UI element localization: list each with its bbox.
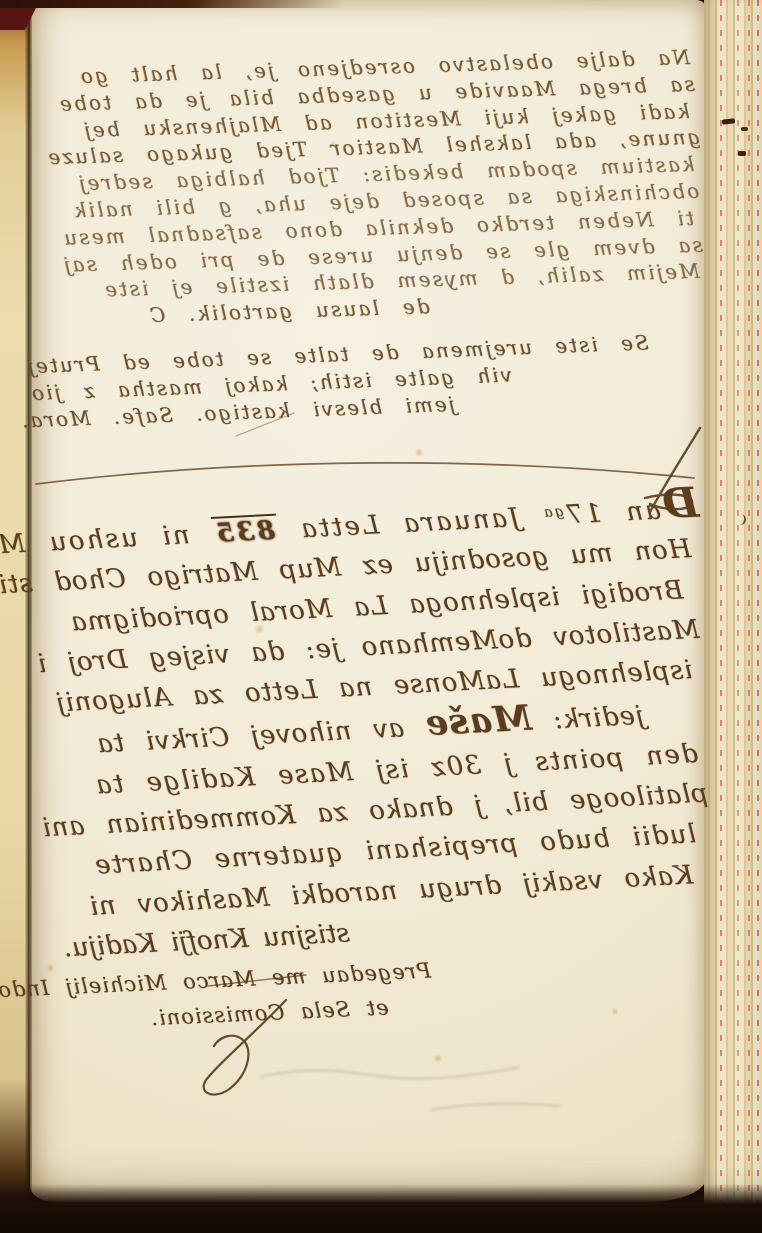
foxing-spot — [611, 1008, 619, 1015]
ink-speck — [738, 151, 746, 156]
foxing-spot — [433, 1054, 443, 1063]
entry-initial: D — [659, 478, 700, 529]
date-superscript: ga — [542, 504, 565, 521]
mass-line-text: jedirk: — [531, 701, 644, 737]
overlined-year: 835 — [211, 514, 277, 549]
page-edge-stripes — [704, 0, 762, 1226]
edge-red-speckle-line — [737, 0, 739, 1215]
entry-date-text: an 17 — [564, 496, 662, 531]
ink-speck — [741, 127, 748, 131]
edge-red-speckle-line — [720, 0, 722, 1215]
foxing-spot — [414, 448, 424, 457]
edge-red-speckle-line — [748, 0, 750, 1215]
bottom-shadow — [0, 1184, 762, 1233]
entry-paragraph: Dan 17ga Januara Letta 835 ni ushou Mon … — [25, 483, 716, 970]
binding-top-edge — [0, 0, 345, 8]
upper-paragraph: Na dalje obelastvo osredjeno je, la halt… — [32, 44, 708, 333]
edge-red-speckle-line — [757, 0, 759, 1215]
emphasized-word: Maše — [424, 698, 533, 745]
photo-background: Na dalje obelastvo osredjeno je, la halt… — [0, 0, 762, 1233]
